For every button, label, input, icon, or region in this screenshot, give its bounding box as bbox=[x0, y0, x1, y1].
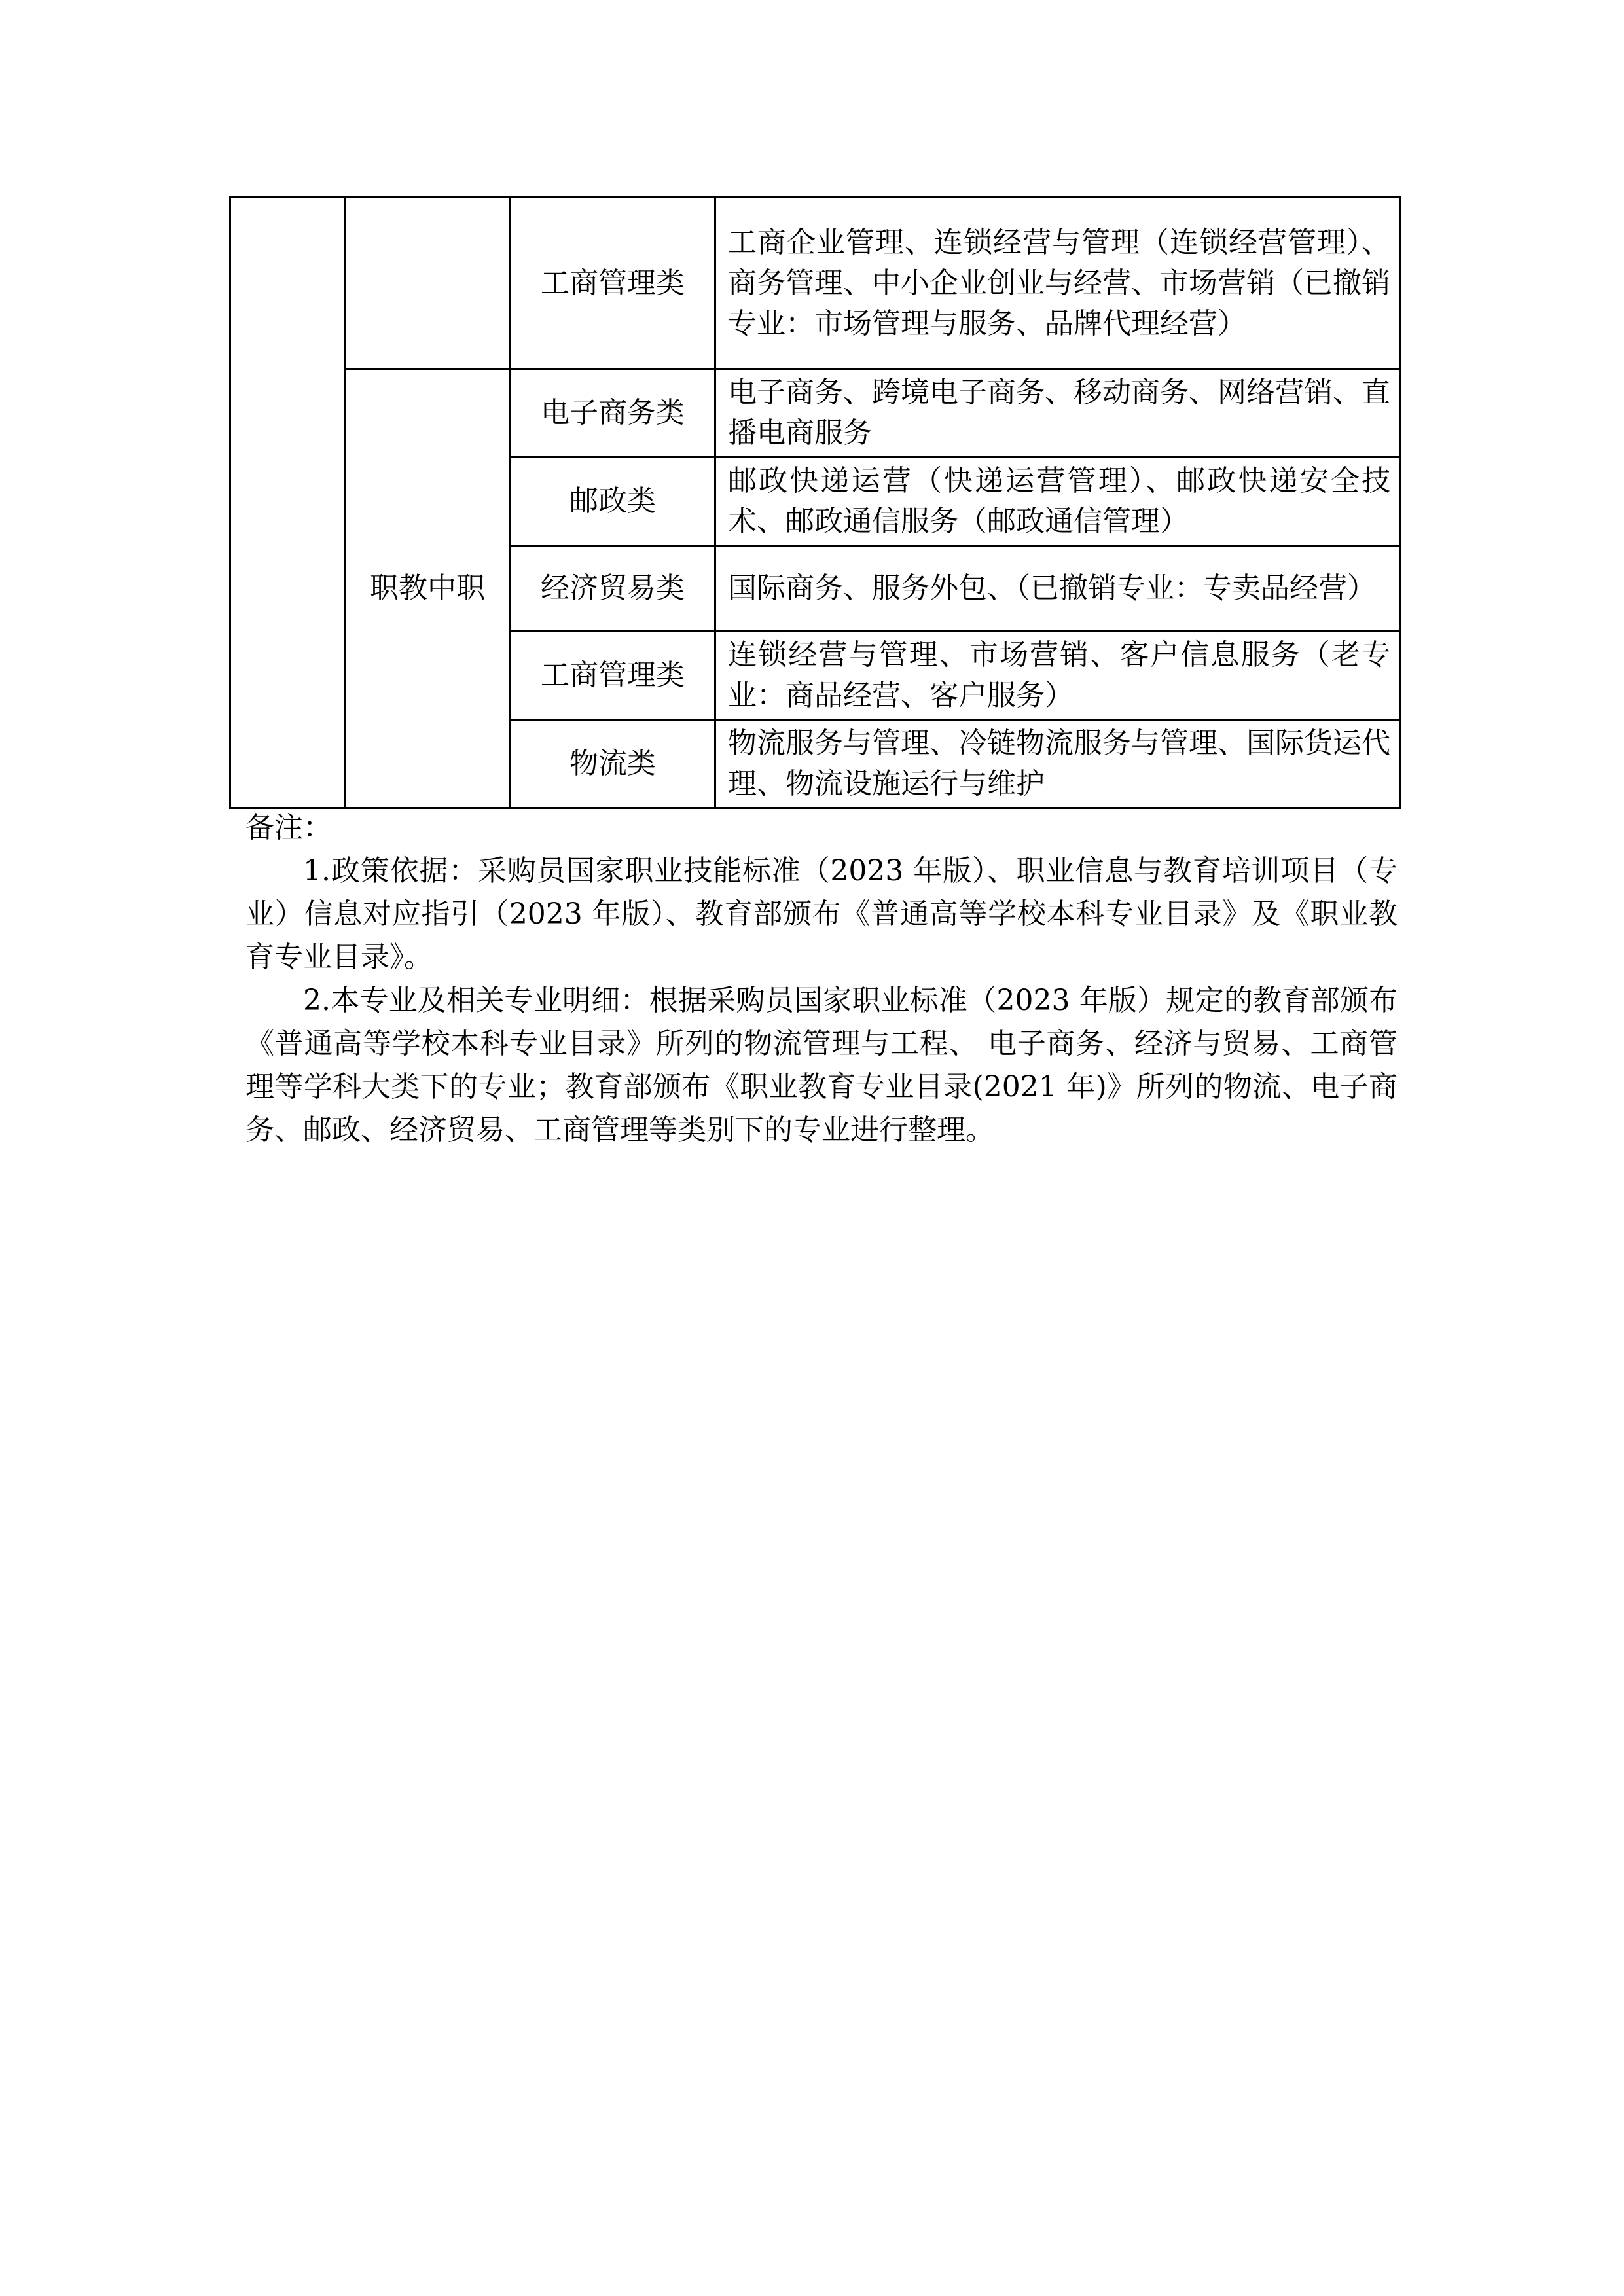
table-cell-majors: 电子商务、跨境电子商务、移动商务、网络营销、直播电商服务 bbox=[715, 369, 1401, 457]
table-cell-majors: 物流服务与管理、冷链物流服务与管理、国际货运代理、物流设施运行与维护 bbox=[715, 720, 1401, 808]
table-cell-majors: 邮政快递运营（快递运营管理）、邮政快递安全技术、邮政通信服务（邮政通信管理） bbox=[715, 457, 1401, 546]
note-item-major-details: 2.本专业及相关专业明细：根据采购员国家职业标准（2023 年版）规定的教育部颁… bbox=[245, 979, 1398, 1152]
note-item-policy-basis: 1.政策依据：采购员国家职业技能标准（2023 年版）、职业信息与教育培训项目（… bbox=[245, 850, 1398, 979]
table-cell-category: 物流类 bbox=[511, 720, 715, 808]
table-row: 职教中职 电子商务类 电子商务、跨境电子商务、移动商务、网络营销、直播电商服务 bbox=[230, 369, 1401, 457]
document-page: 工商管理类 工商企业管理、连锁经营与管理（连锁经营管理）、商务管理、中小企业创业… bbox=[0, 0, 1624, 2296]
notes-heading: 备注： bbox=[245, 806, 1398, 850]
table-cell-category: 经济贸易类 bbox=[511, 546, 715, 632]
table-cell-majors: 连锁经营与管理、市场营销、客户信息服务（老专业：商品经营、客户服务） bbox=[715, 632, 1401, 720]
table-cell-majors: 工商企业管理、连锁经营与管理（连锁经营管理）、商务管理、中小企业创业与经营、市场… bbox=[715, 198, 1401, 369]
table-cell-category: 工商管理类 bbox=[511, 632, 715, 720]
table-cell-group: 职教中职 bbox=[345, 369, 511, 808]
table-row: 工商管理类 工商企业管理、连锁经营与管理（连锁经营管理）、商务管理、中小企业创业… bbox=[230, 198, 1401, 369]
table-cell-level-blank bbox=[230, 198, 345, 808]
table-cell-majors: 国际商务、服务外包、（已撤销专业：专卖品经营） bbox=[715, 546, 1401, 632]
table-cell-category: 电子商务类 bbox=[511, 369, 715, 457]
notes-section: 备注： 1.政策依据：采购员国家职业技能标准（2023 年版）、职业信息与教育培… bbox=[245, 806, 1398, 1152]
table-cell-category: 工商管理类 bbox=[511, 198, 715, 369]
table-cell-category: 邮政类 bbox=[511, 457, 715, 546]
related-majors-table: 工商管理类 工商企业管理、连锁经营与管理（连锁经营管理）、商务管理、中小企业创业… bbox=[229, 196, 1401, 809]
table-cell-group-blank bbox=[345, 198, 511, 369]
